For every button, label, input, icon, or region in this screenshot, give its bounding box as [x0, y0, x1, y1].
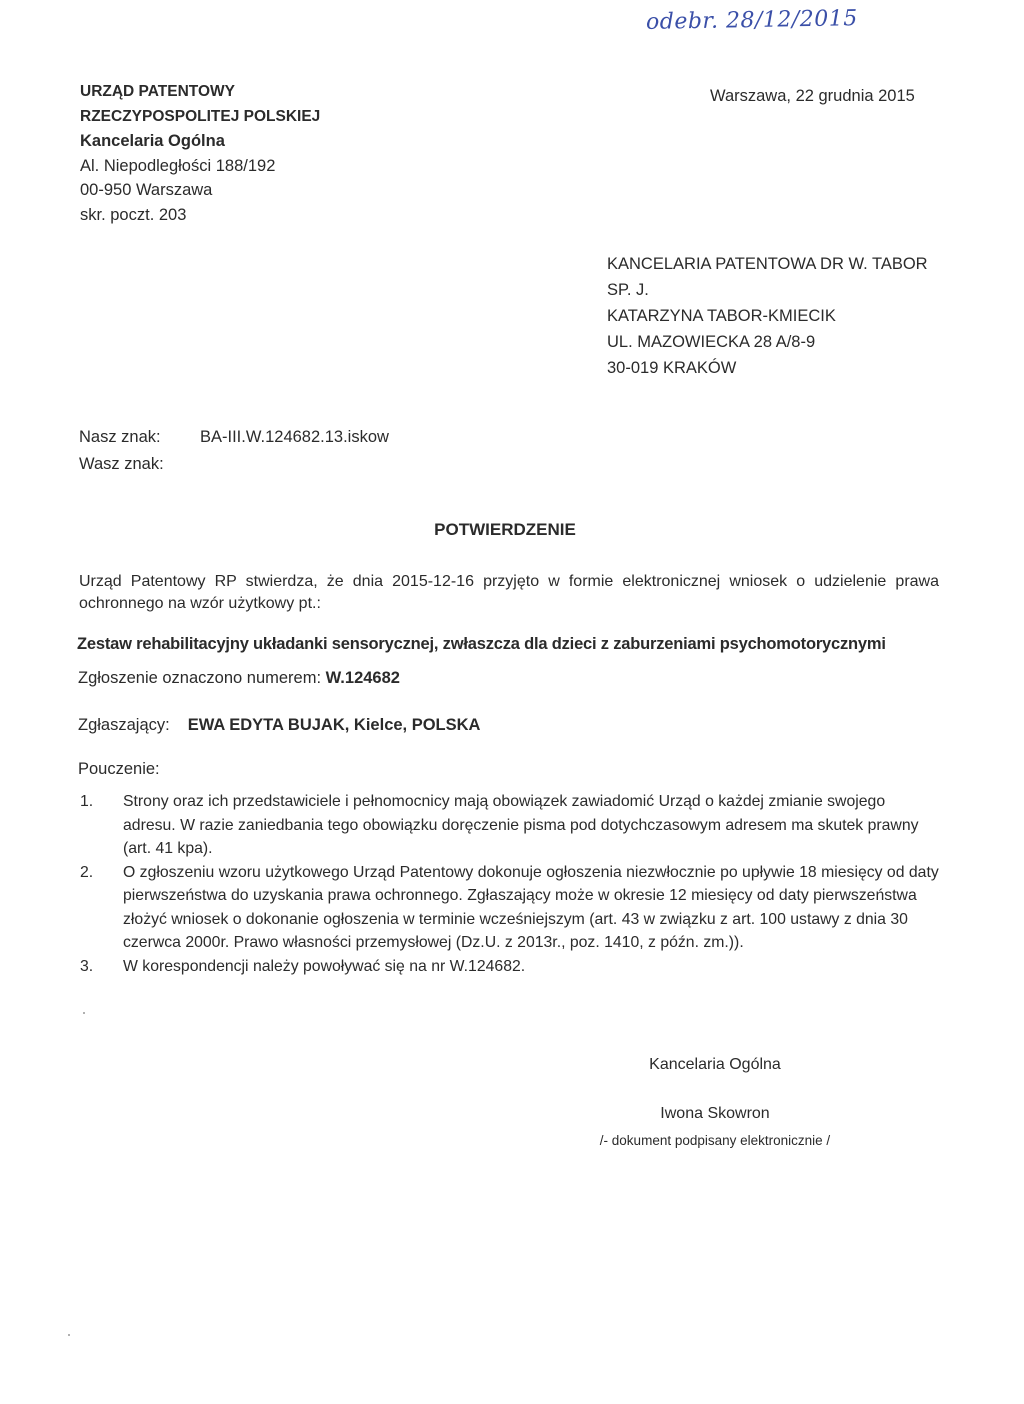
list-item-text: Strony oraz ich przedstawiciele i pełnom…: [123, 790, 940, 861]
your-reference-label: Wasz znak:: [79, 451, 200, 478]
application-number-line: Zgłoszenie oznaczono numerem: W.124682: [78, 669, 400, 688]
scan-speck: [68, 1334, 70, 1336]
reference-block: Nasz znak: BA-III.W.124682.13.iskow Wasz…: [79, 424, 389, 478]
utility-model-title: Zestaw rehabilitacyjny układanki sensory…: [77, 635, 886, 654]
handwritten-received-note: odebr. 28/12/2015: [646, 6, 858, 35]
signature-note: /- dokument podpisany elektronicznie /: [560, 1133, 870, 1148]
list-item-text: W korespondencji należy powoływać się na…: [123, 955, 940, 979]
our-reference-value: BA-III.W.124682.13.iskow: [200, 424, 389, 451]
recipient-line2: SP. J.: [607, 277, 928, 303]
sender-name-line1: URZĄD PATENTOWY: [80, 80, 320, 105]
applicant-line: Zgłaszający: EWA EDYTA BUJAK, Kielce, PO…: [78, 716, 480, 735]
sender-city: 00-950 Warszawa: [80, 178, 320, 203]
letter-date: Warszawa, 22 grudnia 2015: [710, 87, 915, 106]
recipient-block: KANCELARIA PATENTOWA DR W. TABOR SP. J. …: [607, 251, 928, 381]
scan-speck: [83, 1012, 85, 1014]
your-reference: Wasz znak:: [79, 451, 389, 478]
list-item-text: O zgłoszeniu wzoru użytkowego Urząd Pate…: [123, 861, 940, 955]
applicant-name: EWA EDYTA BUJAK, Kielce, POLSKA: [188, 716, 481, 735]
list-item-number: 2.: [80, 861, 123, 955]
sender-department: Kancelaria Ogólna: [80, 129, 320, 154]
applicant-label: Zgłaszający:: [78, 716, 170, 735]
list-item-number: 3.: [80, 955, 123, 979]
list-item: 1. Strony oraz ich przedstawiciele i peł…: [80, 790, 940, 861]
instructions-list: 1. Strony oraz ich przedstawiciele i peł…: [80, 790, 940, 978]
our-reference-label: Nasz znak:: [79, 424, 200, 451]
document-title: POTWIERDZENIE: [0, 520, 1010, 540]
instructions-label: Pouczenie:: [78, 760, 160, 779]
application-number: W.124682: [326, 669, 400, 687]
sender-block: URZĄD PATENTOWY RZECZYPOSPOLITEJ POLSKIE…: [80, 80, 320, 227]
signature-person: Iwona Skowron: [560, 1105, 870, 1123]
recipient-line5: 30-019 KRAKÓW: [607, 355, 928, 381]
recipient-line4: UL. MAZOWIECKA 28 A/8-9: [607, 329, 928, 355]
our-reference: Nasz znak: BA-III.W.124682.13.iskow: [79, 424, 389, 451]
list-item-number: 1.: [80, 790, 123, 861]
intro-paragraph: Urząd Patentowy RP stwierdza, że dnia 20…: [79, 571, 939, 615]
application-number-label: Zgłoszenie oznaczono numerem:: [78, 669, 321, 687]
recipient-line1: KANCELARIA PATENTOWA DR W. TABOR: [607, 251, 928, 277]
sender-address: Al. Niepodległości 188/192: [80, 154, 320, 179]
signature-office: Kancelaria Ogólna: [560, 1056, 870, 1074]
recipient-line3: KATARZYNA TABOR-KMIECIK: [607, 303, 928, 329]
list-item: 2. O zgłoszeniu wzoru użytkowego Urząd P…: [80, 861, 940, 955]
sender-name-line2: RZECZYPOSPOLITEJ POLSKIEJ: [80, 105, 320, 130]
sender-pobox: skr. poczt. 203: [80, 203, 320, 228]
list-item: 3. W korespondencji należy powoływać się…: [80, 955, 940, 979]
